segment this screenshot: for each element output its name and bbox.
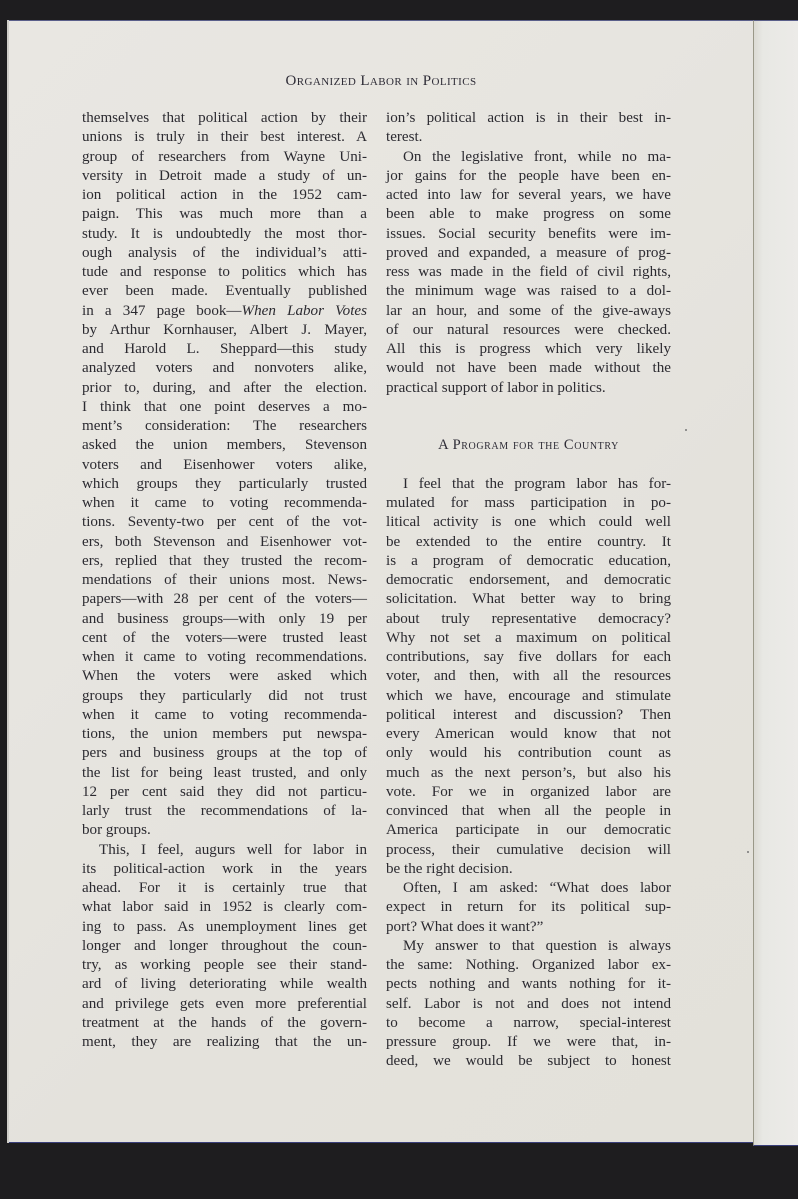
paragraph-start-line: This, I feel, augurs well for labor in	[82, 841, 367, 860]
text-line: asked the union members, Stevenson	[82, 436, 367, 455]
text-line: the minimum wage was raised to a dol-	[386, 282, 671, 301]
text-line: democratic endorsement, and democratic	[386, 571, 671, 590]
text-line: ion’s political action is in their best …	[386, 109, 671, 128]
text-line: ion political action in the 1952 cam-	[82, 186, 367, 205]
text-line: tions, the union members put newspa-	[82, 725, 367, 744]
text-line: bor groups.	[82, 821, 367, 840]
text-line: is a program of democratic education,	[386, 552, 671, 571]
text-line: which groups they particularly trusted	[82, 475, 367, 494]
text-line: much as the next person’s, but also his	[386, 764, 671, 783]
text-line: papers—with 28 per cent of the voters—	[82, 590, 367, 609]
text-line: deed, we would be subject to honest	[386, 1052, 671, 1071]
text-line: ough analysis of the individual’s atti-	[82, 244, 367, 263]
text-line: lar an hour, and some of the give-aways	[386, 302, 671, 321]
text-line: when it came to voting recommenda-	[82, 706, 367, 725]
text-line: America participate in our democratic	[386, 821, 671, 840]
text-line: ard of living deteriorating while wealth	[82, 975, 367, 994]
paragraph-start-line: My answer to that question is always	[386, 937, 671, 956]
text-line: unions is truly in their best interest. …	[82, 128, 367, 147]
text-line: contributions, say five dollars for each	[386, 648, 671, 667]
paragraph-start-line: I feel that the program labor has for-	[386, 475, 671, 494]
text-line: its political-action work in the years	[82, 860, 367, 879]
text-line: be the right decision.	[386, 860, 671, 879]
text-line: analyzed voters and nonvoters alike,	[82, 359, 367, 378]
document-page: Organized Labor in Politics themselves t…	[9, 20, 753, 1143]
text-line: be extended to the entire country. It	[386, 533, 671, 552]
text-line: terest.	[386, 128, 671, 147]
text-line: mendations of their unions most. News-	[82, 571, 367, 590]
text-line: ever been made. Eventually published	[82, 282, 367, 301]
text-line: vote. For we in organized labor are	[386, 783, 671, 802]
text-line: the same: Nothing. Organized labor ex-	[386, 956, 671, 975]
text-line: All this is progress which very likely	[386, 340, 671, 359]
text-line: when it came to voting recommenda-	[82, 494, 367, 513]
section-heading: A Program for the Country	[386, 436, 671, 456]
right-column: ion’s political action is in their best …	[386, 109, 671, 1072]
running-head: Organized Labor in Politics	[9, 73, 753, 90]
text-line: voters and Eisenhower voters alike,	[82, 456, 367, 475]
left-column: themselves that political action by thei…	[82, 109, 367, 1052]
text-line: about truly representative democracy?	[386, 610, 671, 629]
text-line: 12 per cent said they did not particu-	[82, 783, 367, 802]
paper-speck	[685, 429, 687, 431]
text-line: group of researchers from Wayne Uni-	[82, 148, 367, 167]
book-title: When Labor Votes	[242, 303, 367, 319]
text-line: cent of the voters—were trusted least	[82, 629, 367, 648]
text-line: study. It is undoubtedly the most thor-	[82, 225, 367, 244]
text-line: pers and business groups at the top of	[82, 744, 367, 763]
text-line: ers, both Stevenson and Eisenhower vot-	[82, 533, 367, 552]
text-line: larly trust the recommendations of la-	[82, 802, 367, 821]
text-line: tude and response to politics which has	[82, 263, 367, 282]
text-line: process, their cumulative decision will	[386, 841, 671, 860]
paper-speck	[747, 851, 749, 853]
text-line: and Harold L. Sheppard—this study	[82, 340, 367, 359]
text-line: issues. Social security benefits were im…	[386, 225, 671, 244]
text-line: ing to pass. As unemployment lines get	[82, 918, 367, 937]
text-line: only would his contribution count as	[386, 744, 671, 763]
text-line: expect in return for its political sup-	[386, 898, 671, 917]
text-line: mulated for mass participation in po-	[386, 494, 671, 513]
text-line: self. Labor is not and does not intend	[386, 995, 671, 1014]
text-line: groups they particularly did not trust	[82, 687, 367, 706]
text-line: tions. Seventy-two per cent of the vot-	[82, 513, 367, 532]
adjacent-page-edge	[753, 20, 798, 1146]
text-line: solicitation. What better way to bring	[386, 590, 671, 609]
text-line: the list for being least trusted, and on…	[82, 764, 367, 783]
text-line: paign. This was much more than a	[82, 205, 367, 224]
text-line: port? What does it want?”	[386, 918, 671, 937]
text-line: Why not set a maximum on political	[386, 629, 671, 648]
text-line: pects nothing and wants nothing for it-	[386, 975, 671, 994]
text-fragment: in a 347 page book—	[82, 303, 242, 319]
text-line: themselves that political action by thei…	[82, 109, 367, 128]
text-line: voter, and then, with all the resources	[386, 667, 671, 686]
text-line: I think that one point deserves a mo-	[82, 398, 367, 417]
text-line-with-book-title: in a 347 page book—When Labor Votes	[82, 302, 367, 321]
text-line: ers, replied that they trusted the recom…	[82, 552, 367, 571]
text-line: what labor said in 1952 is clearly com-	[82, 898, 367, 917]
paragraph-start-line: On the legislative front, while no ma-	[386, 148, 671, 167]
text-line: of our natural resources were checked.	[386, 321, 671, 340]
text-line: been able to make progress on some	[386, 205, 671, 224]
text-line: political interest and discussion? Then	[386, 706, 671, 725]
text-line: every American would know that not	[386, 725, 671, 744]
text-line: and privilege gets even more preferentia…	[82, 995, 367, 1014]
text-line: ress was made in the field of civil righ…	[386, 263, 671, 282]
text-line: when it came to voting recommendations.	[82, 648, 367, 667]
text-line: to become a narrow, special-interest	[386, 1014, 671, 1033]
text-line: practical support of labor in politics.	[386, 379, 671, 398]
text-line: versity in Detroit made a study of un-	[82, 167, 367, 186]
text-line: ment’s consideration: The researchers	[82, 417, 367, 436]
text-line: ahead. For it is certainly true that	[82, 879, 367, 898]
paragraph-start-line: Often, I am asked: “What does labor	[386, 879, 671, 898]
text-line: and business groups—with only 19 per	[82, 610, 367, 629]
text-line: proved and expanded, a measure of prog-	[386, 244, 671, 263]
text-line: which we have, encourage and stimulate	[386, 687, 671, 706]
text-line: When the voters were asked which	[82, 667, 367, 686]
text-line: prior to, during, and after the election…	[82, 379, 367, 398]
text-line: pressure group. If we were that, in-	[386, 1033, 671, 1052]
text-line: try, as working people see their stand-	[82, 956, 367, 975]
text-line: ment, they are realizing that the un-	[82, 1033, 367, 1052]
text-line: jor gains for the people have been en-	[386, 167, 671, 186]
text-line: litical activity is one which could well	[386, 513, 671, 532]
text-line: convinced that when all the people in	[386, 802, 671, 821]
text-line: would not have been made without the	[386, 359, 671, 378]
text-line: acted into law for several years, we hav…	[386, 186, 671, 205]
text-line: treatment at the hands of the govern-	[82, 1014, 367, 1033]
text-line: longer and longer throughout the coun-	[82, 937, 367, 956]
text-line: by Arthur Kornhauser, Albert J. Mayer,	[82, 321, 367, 340]
